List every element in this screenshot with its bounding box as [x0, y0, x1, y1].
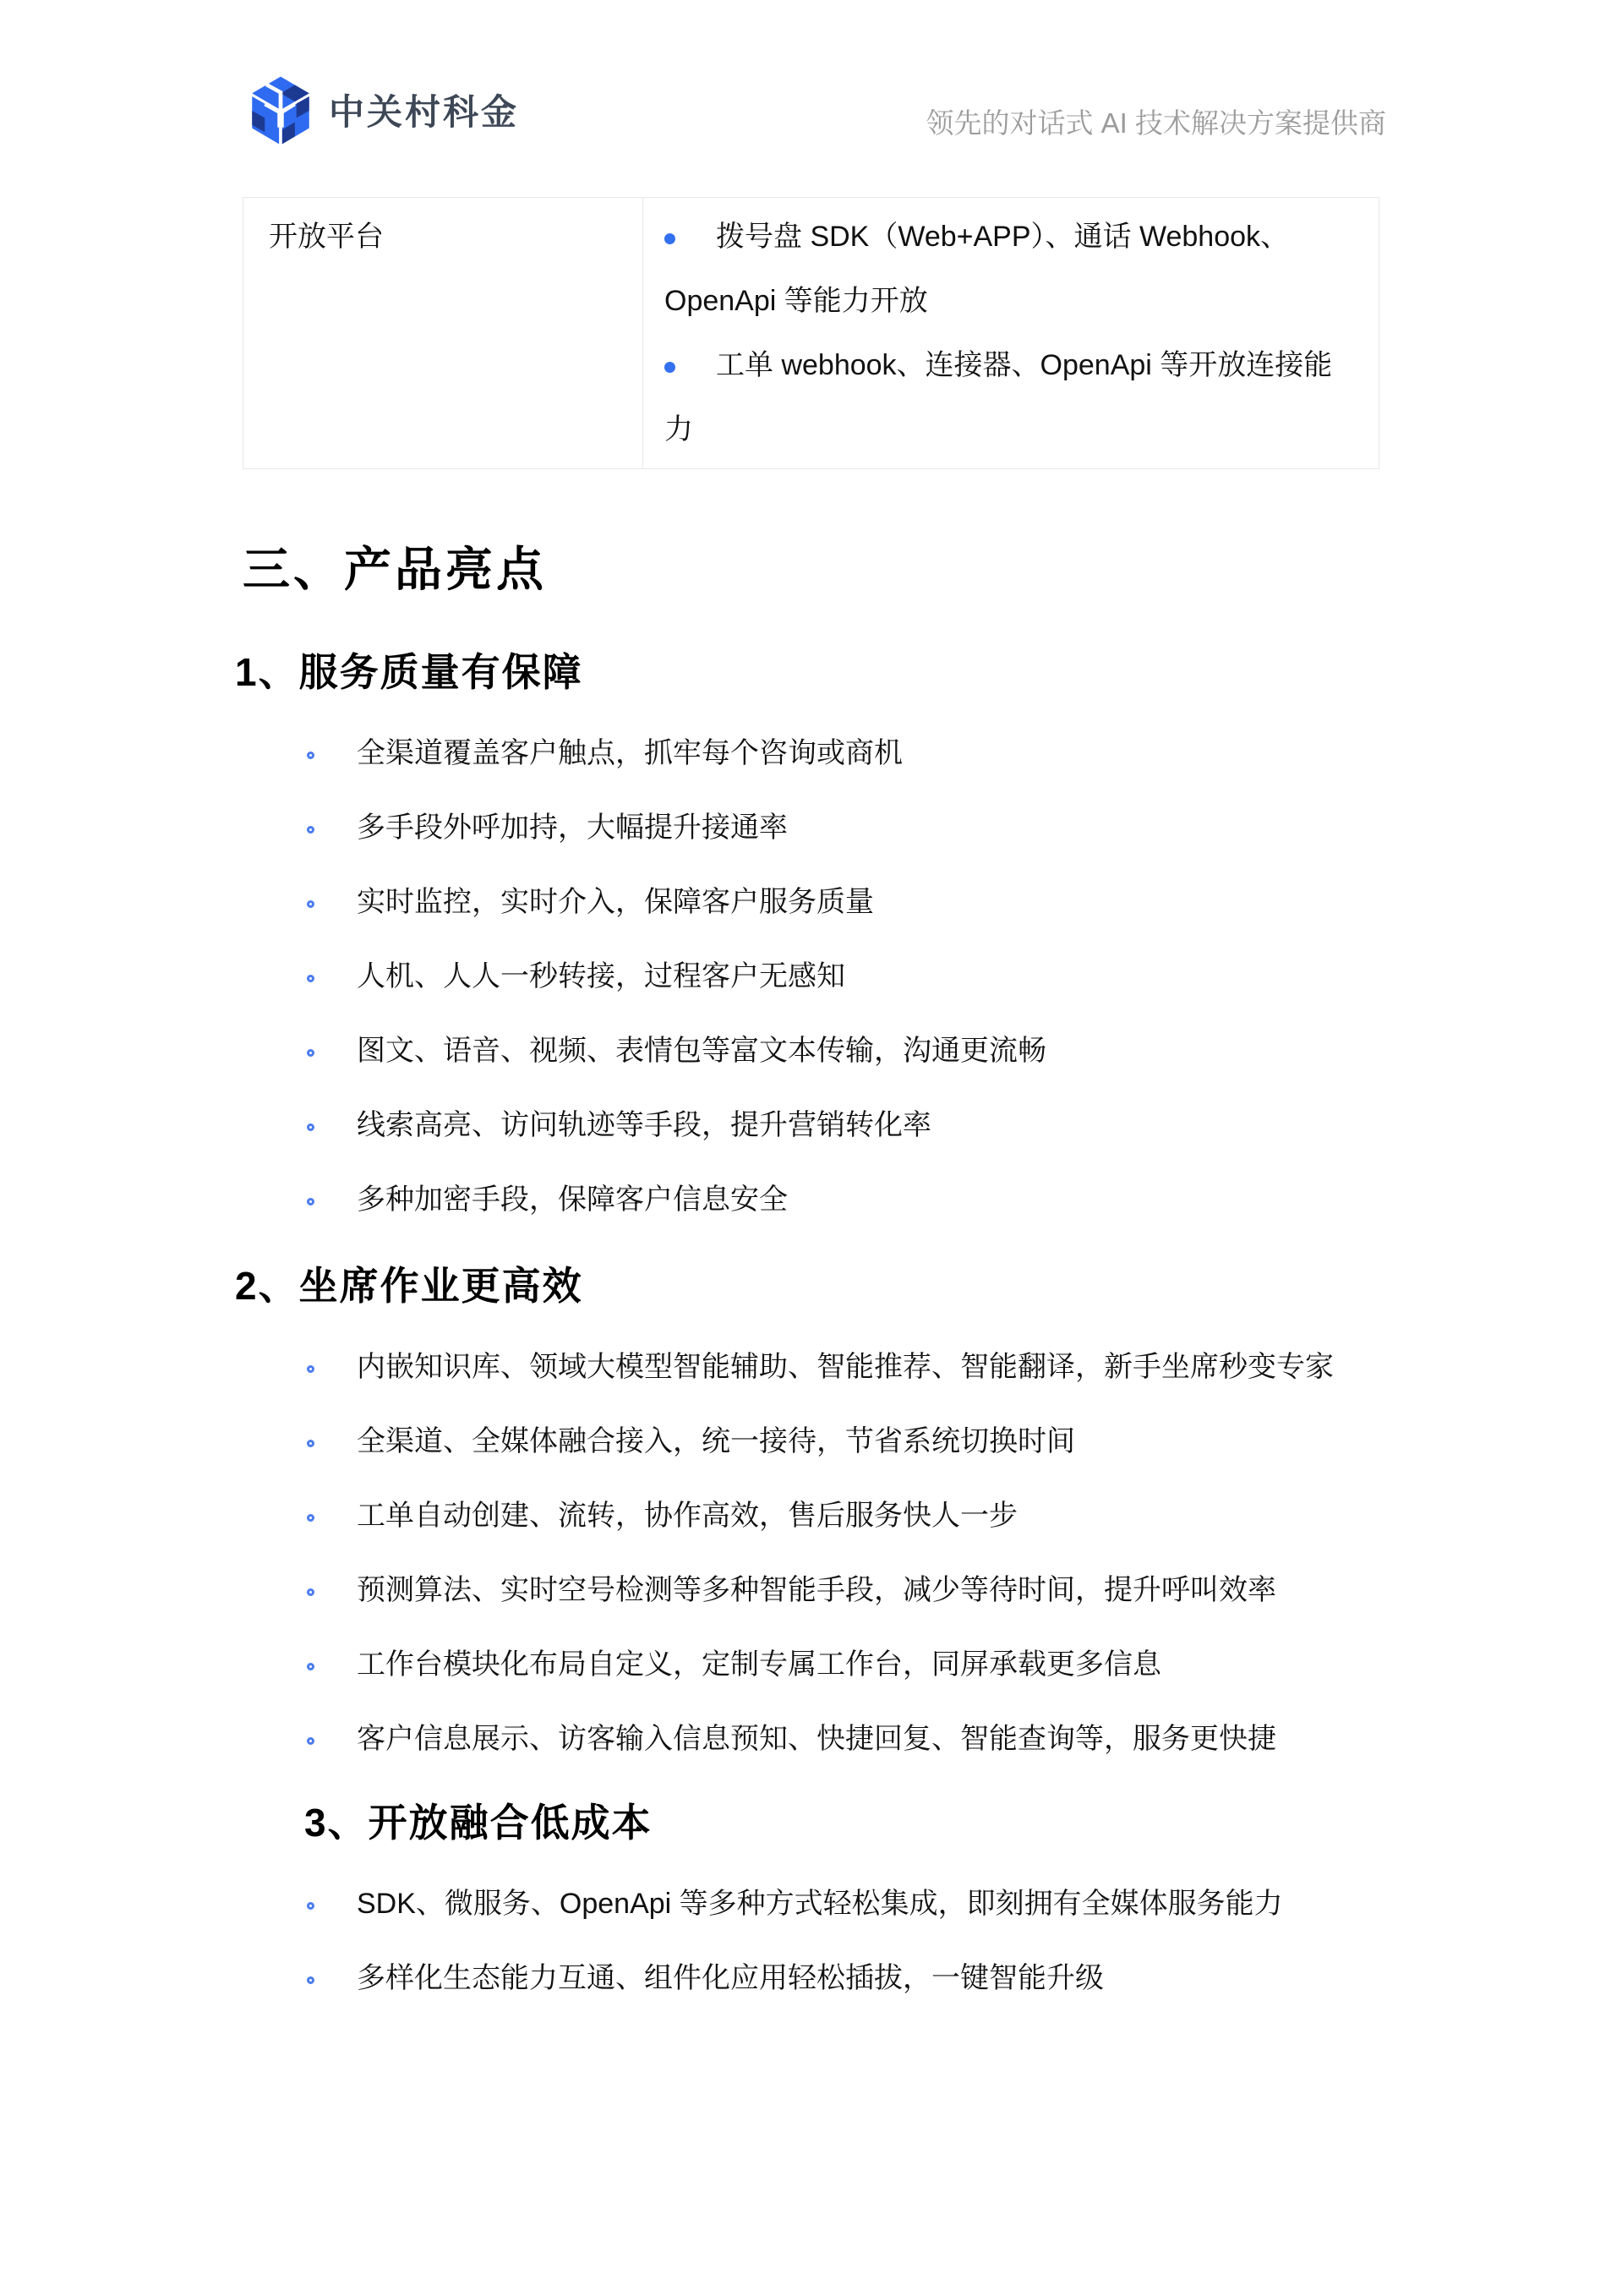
- bullet-list-item: 多手段外呼加持，大幅提升接通率: [292, 790, 1382, 865]
- bullet-item-text: 工作台模块化布局自定义，定制专属工作台，同屏承载更多信息: [357, 1648, 1161, 1681]
- bullet-item-text: 线索高亮、访问轨迹等手段，提升营销转化率: [357, 1109, 931, 1141]
- bullet-list-item: 人机、人人一秒转接，过程客户无感知: [292, 939, 1382, 1014]
- circle-bullet-icon: [307, 1365, 314, 1373]
- section-open-integration: 3、开放融合低成本 SDK、微服务、OpenApi 等多种方式轻松集成，即刻拥有…: [0, 1797, 1622, 2015]
- circle-bullet-icon: [307, 975, 314, 982]
- logo-cube-icon: [243, 72, 319, 148]
- circle-bullet-icon: [307, 752, 314, 759]
- bullet-list-item: 全渠道、全媒体融合接入，统一接待，节省系统切换时间: [292, 1404, 1382, 1479]
- bullet-list-item: 线索高亮、访问轨迹等手段，提升营销转化率: [292, 1088, 1382, 1162]
- table-bullet-text: 工单 webhook、连接器、OpenApi 等开放连接能力: [664, 349, 1332, 446]
- circle-bullet-icon: [307, 900, 314, 908]
- bullet-list: SDK、微服务、OpenApi 等多种方式轻松集成，即刻拥有全媒体服务能力 多样…: [292, 1867, 1382, 2015]
- bullet-list-item: 图文、语音、视频、表情包等富文本传输，沟通更流畅: [292, 1014, 1382, 1088]
- table-row: 开放平台 拨号盘 SDK（Web+APP）、通话 Webhook、OpenApi…: [243, 198, 1379, 469]
- circle-bullet-icon: [307, 1198, 314, 1205]
- section-heading: 1、服务质量有保障: [235, 647, 1622, 697]
- table-cell-content: 拨号盘 SDK（Web+APP）、通话 Webhook、OpenApi 等能力开…: [643, 198, 1379, 469]
- bullet-dot-icon: [664, 362, 675, 373]
- bullet-item-text: 人机、人人一秒转接，过程客户无感知: [357, 960, 845, 992]
- circle-bullet-icon: [307, 826, 314, 834]
- capability-table: 开放平台 拨号盘 SDK（Web+APP）、通话 Webhook、OpenApi…: [243, 197, 1379, 469]
- circle-bullet-icon: [307, 1123, 314, 1131]
- bullet-item-text: 图文、语音、视频、表情包等富文本传输，沟通更流畅: [357, 1035, 1046, 1067]
- table-bullet-list: 拨号盘 SDK（Web+APP）、通话 Webhook、OpenApi 等能力开…: [664, 205, 1357, 462]
- bullet-list-item: 内嵌知识库、领域大模型智能辅助、智能推荐、智能翻译，新手坐席秒变专家: [292, 1330, 1382, 1404]
- bullet-item-text: 全渠道、全媒体融合接入，统一接待，节省系统切换时间: [357, 1425, 1075, 1457]
- header-tagline: 领先的对话式 AI 技术解决方案提供商: [926, 101, 1386, 148]
- bullet-list-item: SDK、微服务、OpenApi 等多种方式轻松集成，即刻拥有全媒体服务能力: [292, 1867, 1382, 1941]
- bullet-item-text: 工单自动创建、流转，协作高效，售后服务快人一步: [357, 1500, 1018, 1532]
- circle-bullet-icon: [307, 1440, 314, 1447]
- section-service-quality: 1、服务质量有保障 全渠道覆盖客户触点，抓牢每个咨询或商机 多手段外呼加持，大幅…: [0, 647, 1622, 1237]
- bullet-list-item: 工单自动创建、流转，协作高效，售后服务快人一步: [292, 1479, 1382, 1553]
- table-bullet-text: 拨号盘 SDK（Web+APP）、通话 Webhook、OpenApi 等能力开…: [664, 221, 1289, 317]
- table-bullet-item: 拨号盘 SDK（Web+APP）、通话 Webhook、OpenApi 等能力开…: [664, 205, 1357, 333]
- section-agent-efficiency: 2、坐席作业更高效 内嵌知识库、领域大模型智能辅助、智能推荐、智能翻译，新手坐席…: [0, 1260, 1622, 1776]
- circle-bullet-icon: [307, 1663, 314, 1670]
- main-heading: 三、产品亮点: [243, 541, 1622, 598]
- bullet-item-text: 预测算法、实时空号检测等多种智能手段，减少等待时间，提升呼叫效率: [357, 1574, 1276, 1606]
- bullet-item-text: 多样化生态能力互通、组件化应用轻松插拔，一键智能升级: [357, 1962, 1104, 1994]
- section-heading: 3、开放融合低成本: [304, 1797, 1622, 1848]
- bullet-list: 全渠道覆盖客户触点，抓牢每个咨询或商机 多手段外呼加持，大幅提升接通率 实时监控…: [292, 716, 1382, 1237]
- bullet-list-item: 预测算法、实时空号检测等多种智能手段，减少等待时间，提升呼叫效率: [292, 1553, 1382, 1627]
- bullet-list-item: 多样化生态能力互通、组件化应用轻松插拔，一键智能升级: [292, 1941, 1382, 2015]
- bullet-item-text: 内嵌知识库、领域大模型智能辅助、智能推荐、智能翻译，新手坐席秒变专家: [357, 1351, 1334, 1383]
- bullet-item-text: 多种加密手段，保障客户信息安全: [357, 1184, 788, 1216]
- circle-bullet-icon: [307, 1737, 314, 1745]
- bullet-list-item: 多种加密手段，保障客户信息安全: [292, 1162, 1382, 1237]
- bullet-item-text: 多手段外呼加持，大幅提升接通率: [357, 812, 788, 844]
- bullet-item-text: 实时监控，实时介入，保障客户服务质量: [357, 886, 874, 918]
- table-cell-label: 开放平台: [243, 198, 643, 469]
- circle-bullet-icon: [307, 1049, 314, 1057]
- bullet-list-item: 实时监控，实时介入，保障客户服务质量: [292, 865, 1382, 939]
- page-header: 中关村科金 领先的对话式 AI 技术解决方案提供商: [0, 0, 1622, 148]
- circle-bullet-icon: [307, 1902, 314, 1910]
- bullet-item-text: 全渠道覆盖客户触点，抓牢每个咨询或商机: [357, 737, 903, 769]
- document-page: 中关村科金 领先的对话式 AI 技术解决方案提供商 开放平台 拨号盘 SDK（W…: [0, 0, 1622, 2015]
- bullet-list-item: 工作台模块化布局自定义，定制专属工作台，同屏承载更多信息: [292, 1627, 1382, 1702]
- circle-bullet-icon: [307, 1976, 314, 1984]
- table-bullet-item: 工单 webhook、连接器、OpenApi 等开放连接能力: [664, 333, 1357, 462]
- bullet-list-item: 全渠道覆盖客户触点，抓牢每个咨询或商机: [292, 716, 1382, 790]
- bullet-list-item: 客户信息展示、访客输入信息预知、快捷回复、智能查询等，服务更快捷: [292, 1702, 1382, 1776]
- circle-bullet-icon: [307, 1514, 314, 1522]
- bullet-list: 内嵌知识库、领域大模型智能辅助、智能推荐、智能翻译，新手坐席秒变专家 全渠道、全…: [292, 1330, 1382, 1776]
- company-logo: 中关村科金: [243, 72, 519, 148]
- section-heading: 2、坐席作业更高效: [235, 1260, 1622, 1311]
- bullet-dot-icon: [664, 233, 675, 244]
- bullet-item-text: SDK、微服务、OpenApi 等多种方式轻松集成，即刻拥有全媒体服务能力: [357, 1888, 1283, 1920]
- logo-text: 中关村科金: [329, 85, 519, 135]
- circle-bullet-icon: [307, 1588, 314, 1596]
- bullet-item-text: 客户信息展示、访客输入信息预知、快捷回复、智能查询等，服务更快捷: [357, 1723, 1276, 1755]
